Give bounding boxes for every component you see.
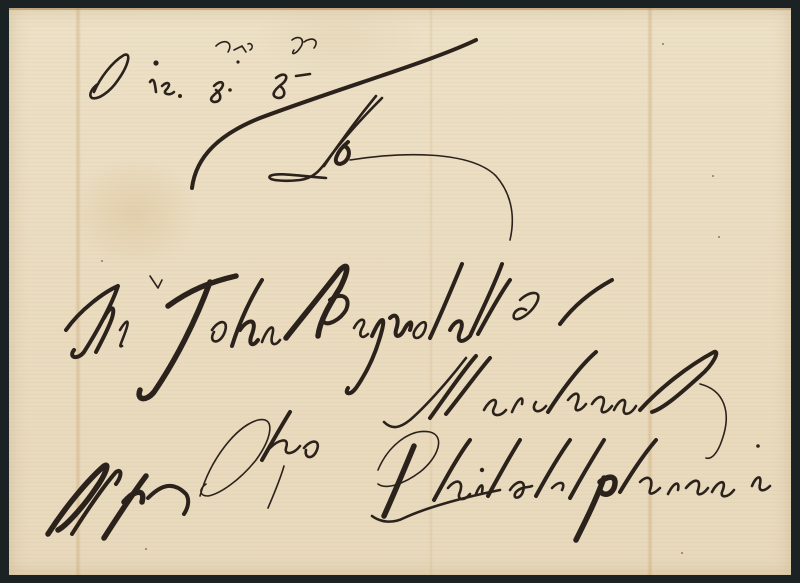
address-name xyxy=(66,264,612,399)
address-city xyxy=(372,431,770,540)
routing-notation xyxy=(48,412,318,538)
paper-speck xyxy=(718,236,720,238)
handwriting-ink xyxy=(0,0,800,583)
paper-speck xyxy=(712,175,714,177)
paper-speck xyxy=(681,552,683,554)
paper-speck xyxy=(145,548,147,550)
flourish-stroke xyxy=(192,40,476,188)
paper-speck xyxy=(662,43,664,45)
address-occupation xyxy=(384,352,726,458)
paper-speck xyxy=(101,260,103,262)
rate-mark xyxy=(269,96,512,240)
docketing-mark xyxy=(90,38,316,102)
